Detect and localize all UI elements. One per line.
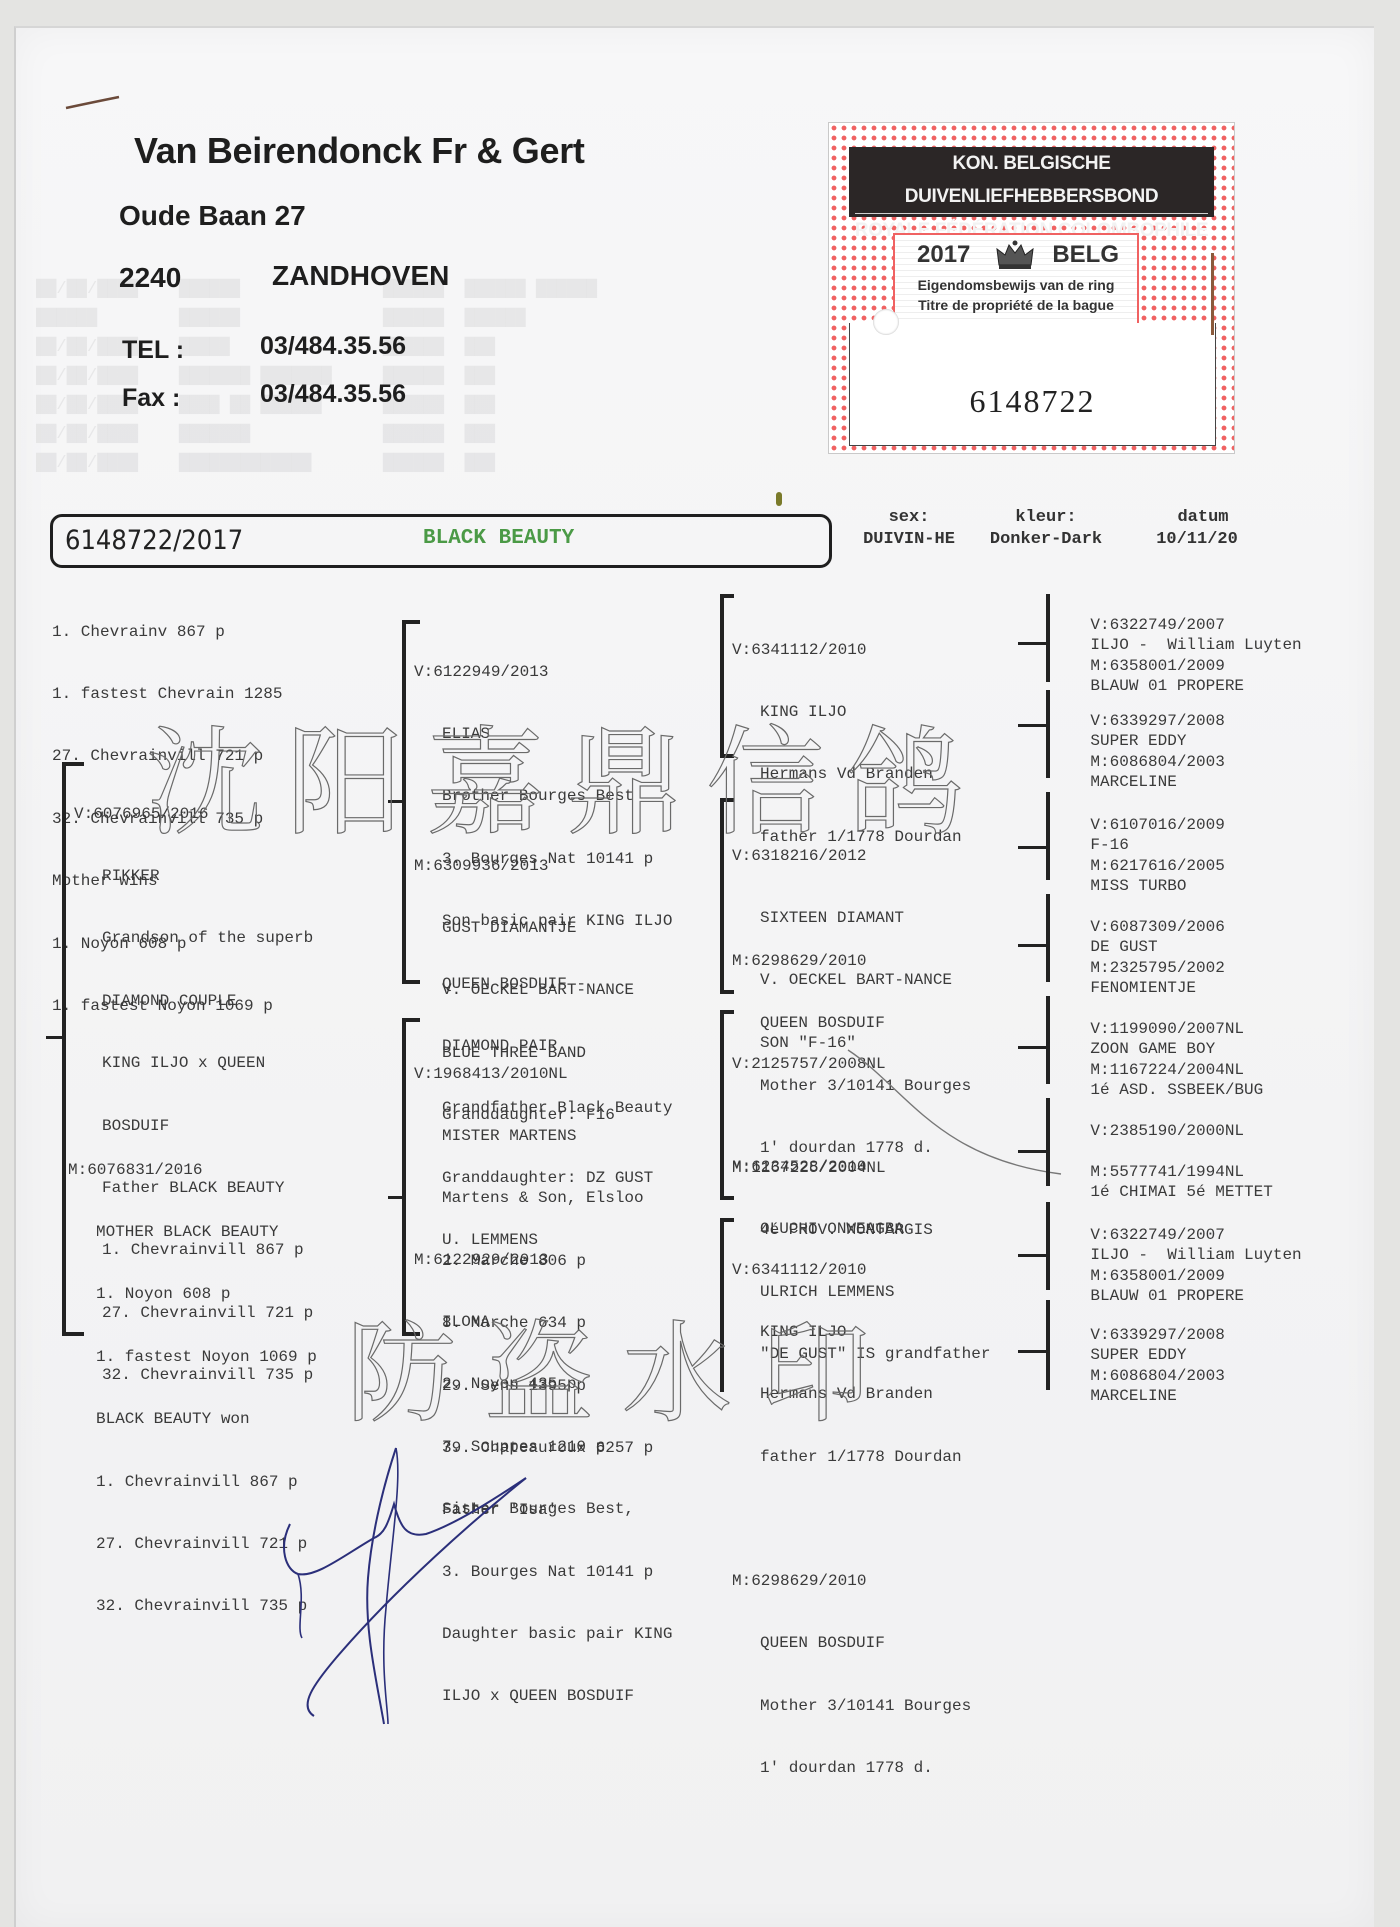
gggp-prefix: V: (1090, 616, 1109, 634)
ggp-line: QUEEN BOSDUIF (732, 1633, 971, 1654)
gggp-name: MISS TURBO (1090, 877, 1186, 895)
sex-value: DUIVIN-HE (846, 530, 972, 549)
dam-prefix: M: (68, 1161, 87, 1179)
ggp-prefix: M: (732, 1159, 751, 1177)
gggp-ring: 6107016/2009 (1110, 816, 1225, 834)
gp-line: MISTER MARTENS (414, 1126, 653, 1147)
gggp-ring: 6322749/2007 (1110, 1226, 1225, 1244)
breeder-postcode: 2240 (119, 262, 181, 294)
gggp-bracket (1046, 894, 1050, 982)
gp-line: GUST DIAMANTJE (414, 918, 653, 939)
gggp-prefix: M: (1090, 1267, 1109, 1285)
gggp-ring: 6339297/2008 (1110, 712, 1225, 730)
gggp-prefix: V: (1090, 1122, 1109, 1140)
dam-line: BLACK BEAUTY won (68, 1409, 317, 1430)
gggp-ring: 6358001/2009 (1110, 1267, 1225, 1285)
gggp-ring: 2325795/2002 (1110, 959, 1225, 977)
pigeon-name: BLACK BEAUTY (423, 527, 574, 550)
ggp-line: father 1/1778 Dourdan (732, 1447, 971, 1468)
gp-line: Martens & Son, Elsloo (414, 1188, 653, 1209)
gggp-ring: 5577741/1994NL (1110, 1163, 1244, 1181)
sire-line: RIKKER (74, 866, 313, 887)
color-label: kleur: (986, 508, 1106, 527)
gggp-bracket (1046, 1300, 1050, 1390)
gggp-prefix: V: (1090, 816, 1109, 834)
pedigree-sheet: ██/██/████ ██████ ██████ ██████ ██████ █… (14, 26, 1374, 1927)
breeder-street: Oude Baan 27 (119, 200, 306, 232)
gggp-prefix: V: (1090, 1226, 1109, 1244)
ggp-prefix: V: (732, 1055, 751, 1073)
gggp-bracket (1046, 1202, 1050, 1290)
gggp-ring: 6086804/2003 (1110, 1367, 1225, 1385)
ring-subtitle-nl: Eigendomsbewijs van de ring (895, 277, 1137, 293)
gggp-name: SUPER EDDY (1090, 732, 1186, 750)
gggp-name: BLAUW 01 PROPERE (1090, 1287, 1244, 1305)
sire-line: Grandson of the superb (74, 928, 313, 949)
dam-line: 1. Noyon 608 p (68, 1284, 317, 1305)
gp-line: V. OECKEL BART-NANCE (414, 980, 653, 1001)
gggp-prefix: V: (1090, 712, 1109, 730)
dam-line: 1. fastest Noyon 1069 p (68, 1347, 317, 1368)
fax-label: Fax : (122, 384, 180, 413)
gggp-pair: V:6339297/2008 SUPER EDDY M:6086804/2003… (1052, 1304, 1225, 1427)
gggp-ring: 6087309/2006 (1110, 918, 1225, 936)
color-value: Donker-Dark (978, 530, 1114, 549)
ggp-prefix: V: (732, 641, 751, 659)
ggp-line: V. OECKEL BART-NANCE (732, 970, 990, 991)
gp-prefix: M: (414, 1251, 433, 1269)
gggp-name: DE GUST (1090, 938, 1157, 956)
gggp-bracket (1046, 594, 1050, 682)
breeder-name: Van Beirendonck Fr & Gert (134, 130, 585, 172)
ggp-ring: 6341112/2010 (751, 1261, 866, 1279)
signature-icon (276, 1438, 536, 1728)
ink-spot (776, 492, 782, 506)
gggp-ring: 1167224/2004NL (1110, 1061, 1244, 1079)
gggp-prefix: V: (1090, 1326, 1109, 1344)
gggp-prefix: M: (1090, 1061, 1109, 1079)
gp-prefix: V: (414, 663, 433, 681)
crown-icon (995, 239, 1035, 271)
sire-line: KING ILJO x QUEEN (74, 1053, 313, 1074)
ggp-line: 1' dourdan 1778 d. (732, 1758, 971, 1779)
gggp-name: MARCELINE (1090, 773, 1176, 791)
parents-bracket (62, 762, 66, 1336)
result-line: 1. Chevrainv 867 p (52, 622, 282, 643)
federation-band: KON. BELGISCHE DUIVENLIEFHEBBERSBOND ROY… (849, 147, 1214, 217)
ring-year: 2017 (917, 241, 970, 269)
pigeon-title-box: 6148722/2017 BLACK BEAUTY (50, 514, 832, 568)
gp-ring: 1968413/2010NL (433, 1065, 567, 1083)
gggp-ring: 6217616/2005 (1110, 857, 1225, 875)
punch-hole (873, 309, 899, 335)
sex-label: sex: (864, 508, 954, 527)
watermark-top: 沈阳嘉鼎信鸽 (146, 688, 986, 858)
gggp-prefix: M: (1090, 959, 1109, 977)
pen-stroke (846, 1048, 1066, 1178)
ring-year-panel: 2017 BELG Eigendomsbewijs van de ring Ti… (893, 233, 1139, 325)
ggp-line: SIXTEEN DIAMANT (732, 908, 990, 929)
pigeon-ring-number: 6148722/2017 (65, 525, 243, 556)
gggp-bracket (1046, 1098, 1050, 1186)
gp-prefix: V: (414, 1065, 433, 1083)
gp-ring: 6122929/2013 (433, 1251, 548, 1269)
ggp-ring: 6298629/2010 (751, 1572, 866, 1590)
federation-name-nl: KON. BELGISCHE DUIVENLIEFHEBBERSBOND (849, 147, 1214, 213)
ring-number-panel: 6148722 (849, 323, 1216, 446)
ring-country: BELG (1052, 241, 1119, 269)
ggp-prefix: V: (732, 1261, 751, 1279)
gggp-prefix: M: (1090, 1367, 1109, 1385)
gggp-name: ILJO - William Luyten (1090, 636, 1301, 654)
gp-ring: 6122949/2013 (433, 663, 548, 681)
gggp-name: 1é CHIMAI 5é METTET (1090, 1183, 1272, 1201)
gggp-name: F-16 (1090, 836, 1128, 854)
ggp-bracket (720, 1010, 724, 1200)
staple (1211, 253, 1214, 335)
watermark-bottom: 防盗水印 (346, 1286, 898, 1444)
tel-label: TEL : (122, 336, 184, 365)
dam-line: MOTHER BLACK BEAUTY (68, 1222, 317, 1243)
breeder-city: ZANDHOVEN (272, 260, 449, 292)
gggp-name: 1é ASD. SSBEEK/BUG (1090, 1081, 1263, 1099)
gggp-prefix: M: (1090, 857, 1109, 875)
gggp-bracket (1046, 792, 1050, 880)
date-value: 10/11/20 (1142, 530, 1252, 549)
ggp-line: Mother 3/10141 Bourges (732, 1696, 971, 1717)
gggp-prefix: M: (1090, 753, 1109, 771)
ring-subtitle-fr: Titre de propriété de la bague (895, 297, 1137, 313)
gggp-ring: 6339297/2008 (1110, 1326, 1225, 1344)
gggp-ring: 2385190/2000NL (1110, 1122, 1244, 1140)
gggp-prefix: V: (1090, 918, 1109, 936)
ggp-ring: 6341112/2010 (751, 641, 866, 659)
gggp-ring: 1199090/2007NL (1110, 1020, 1244, 1038)
gggp-name: FENOMIENTJE (1090, 979, 1196, 997)
ring-ownership-card: KON. BELGISCHE DUIVENLIEFHEBBERSBOND ROY… (828, 122, 1235, 454)
gggp-name: ZOON GAME BOY (1090, 1040, 1215, 1058)
gp-ring: 6309936/2013 (433, 857, 548, 875)
gggp-name: ILJO - William Luyten (1090, 1246, 1301, 1264)
gggp-prefix: M: (1090, 657, 1109, 675)
tel-number: 03/484.35.56 (260, 332, 406, 361)
date-label: datum (1158, 508, 1248, 527)
dam-ring: 6076831/2016 (87, 1161, 202, 1179)
gggp-prefix: M: (1090, 1163, 1109, 1181)
gggp-ring: 6322749/2007 (1110, 616, 1225, 634)
gggp-ring: 6358001/2009 (1110, 657, 1225, 675)
fax-number: 03/484.35.56 (260, 380, 406, 409)
ggp-prefix: M: (732, 1572, 751, 1590)
gp-prefix: M: (414, 857, 433, 875)
gggp-name: MARCELINE (1090, 1387, 1176, 1405)
pen-mark-icon (64, 94, 124, 114)
gggp-bracket (1046, 996, 1050, 1084)
gggp-ring: 6086804/2003 (1110, 753, 1225, 771)
sire-line: DIAMOND COUPLE (74, 991, 313, 1012)
gggp-prefix: V: (1090, 1020, 1109, 1038)
gggp-bracket (1046, 690, 1050, 778)
sire-prefix: V: (74, 805, 93, 823)
gggp-name: SUPER EDDY (1090, 1346, 1186, 1364)
ring-number: 6148722 (850, 383, 1215, 420)
